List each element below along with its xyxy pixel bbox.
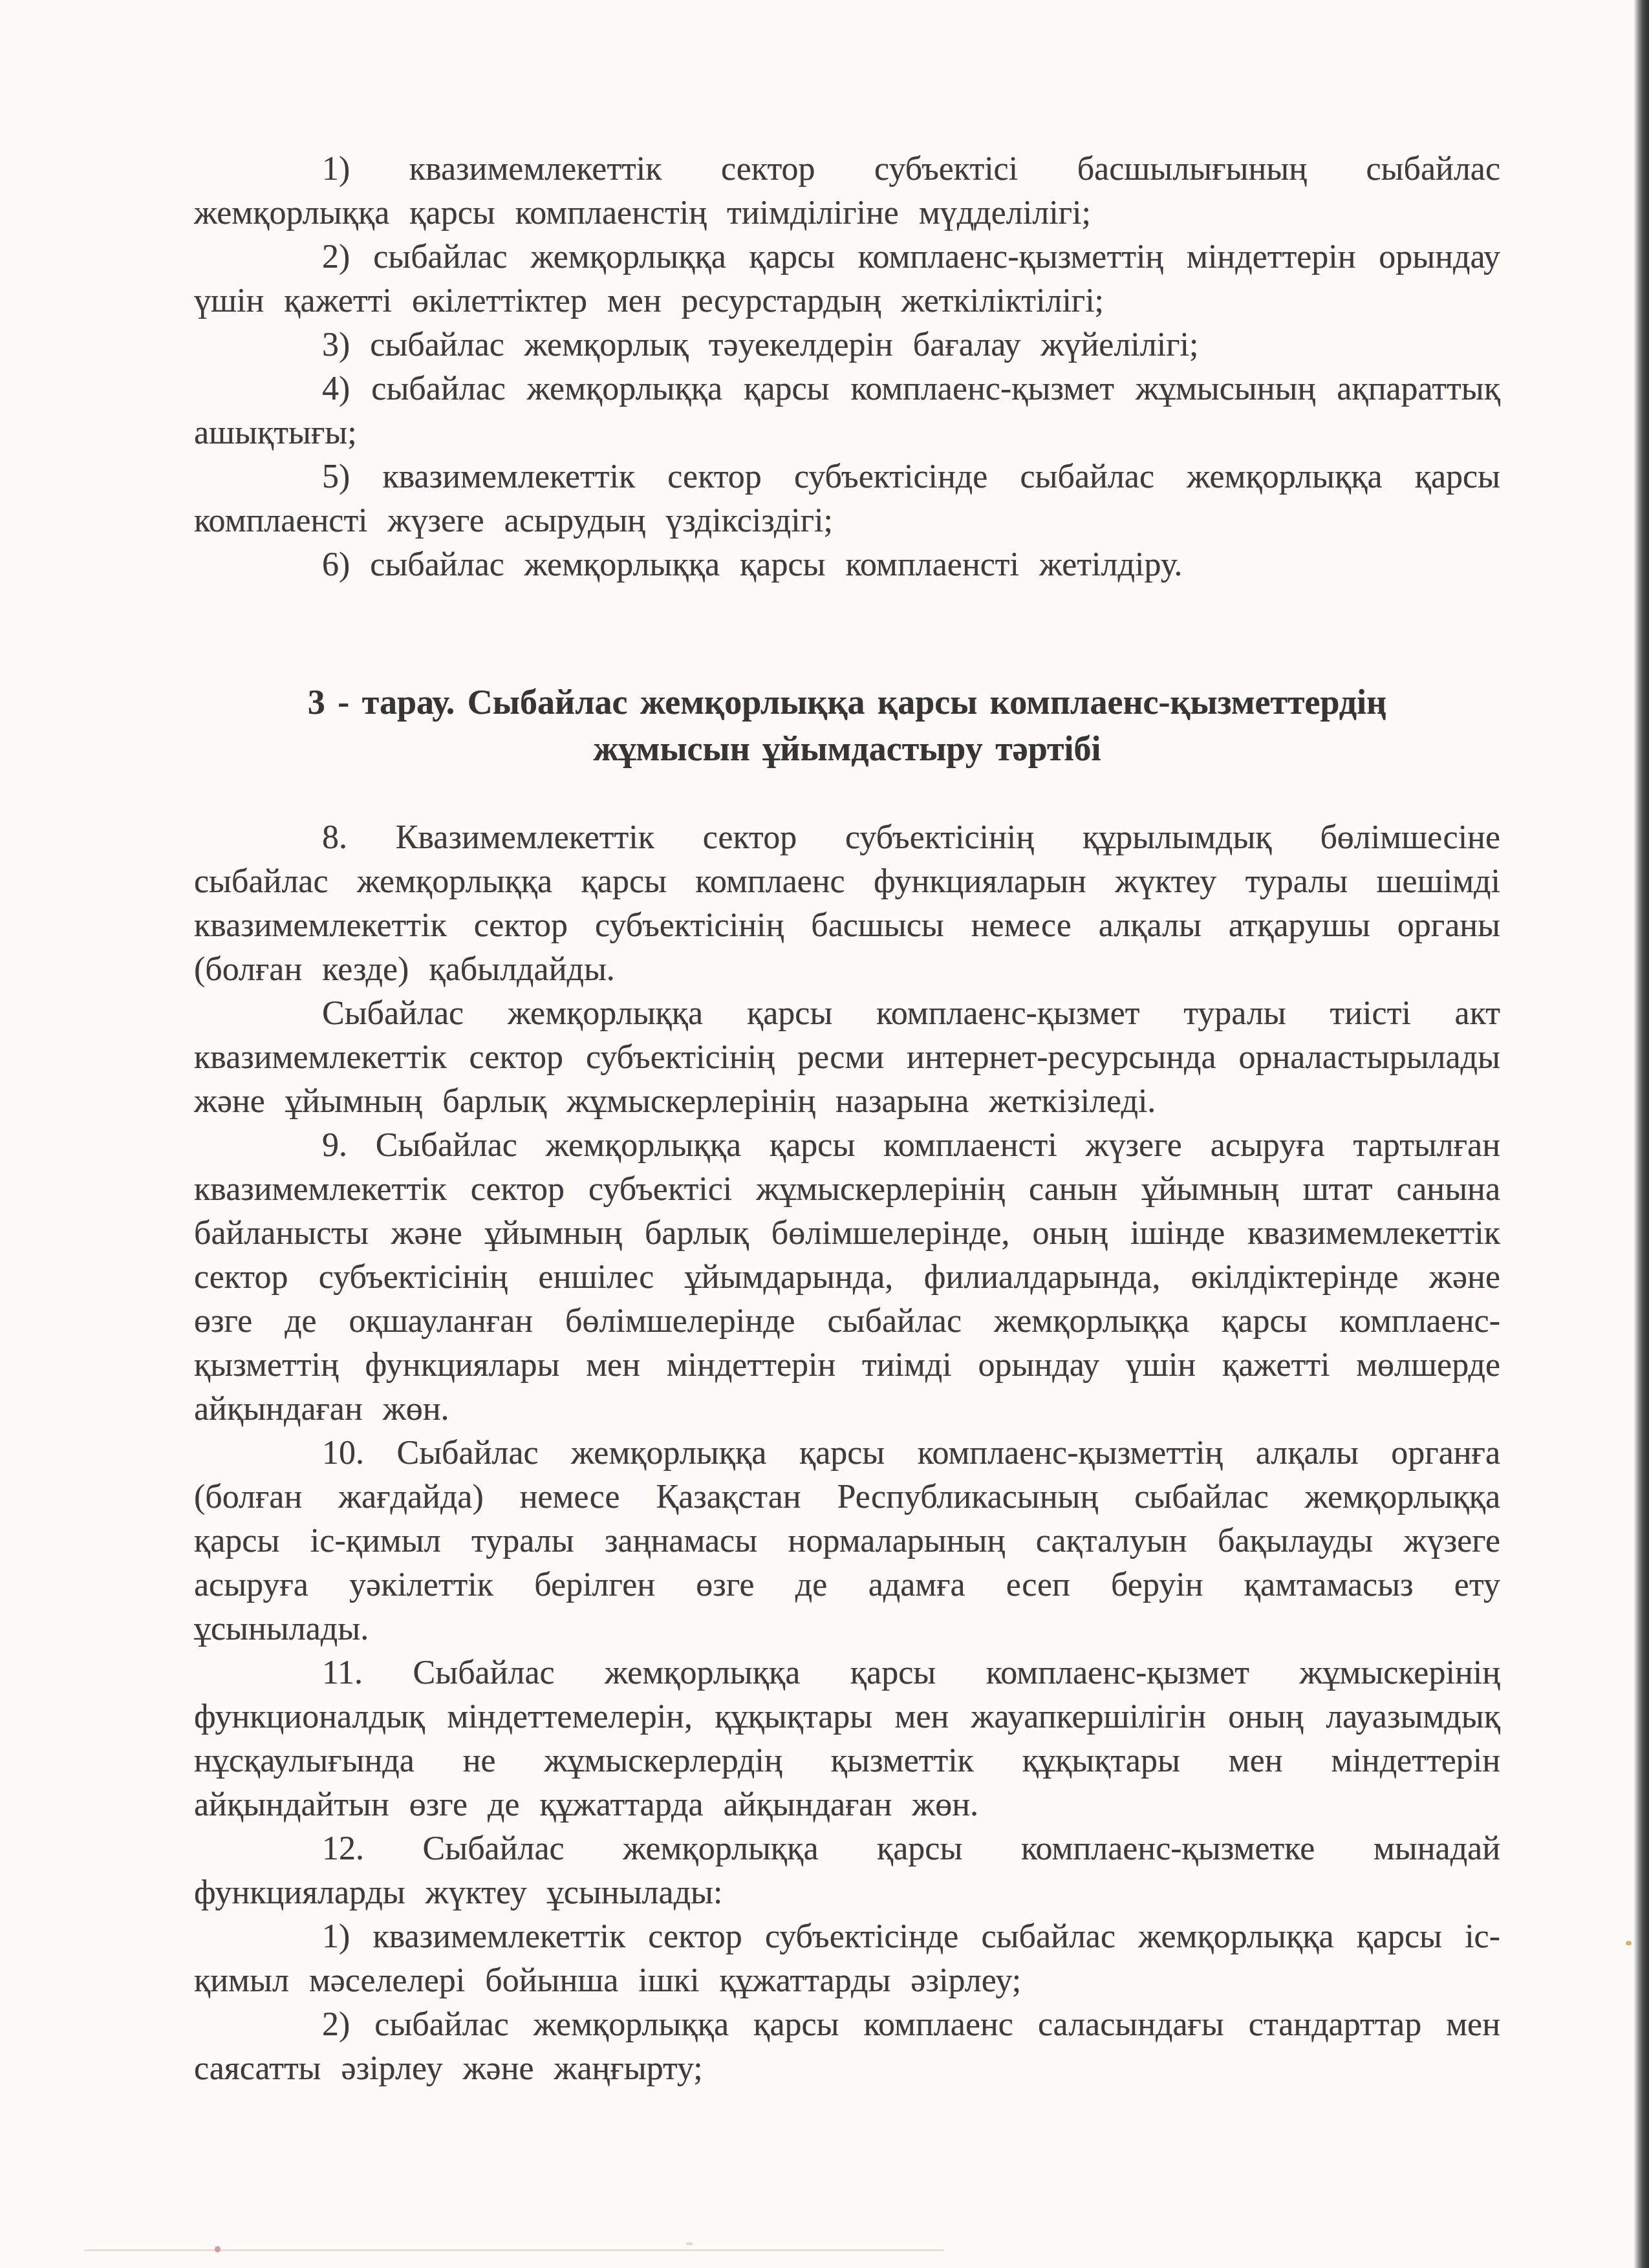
list-item: 6) сыбайлас жемқорлыққа қарсы комплаенст…	[194, 543, 1500, 587]
list-item: 2) сыбайлас жемқорлыққа қарсы комплаенс …	[194, 2003, 1500, 2091]
scan-artifact-speck	[685, 2242, 693, 2245]
list-item: 1) квазимемлекеттік сектор субъектісінде…	[194, 1915, 1500, 2003]
list-item: 5) квазимемлекеттік сектор субъектісінде…	[194, 455, 1500, 543]
paragraph: 12. Сыбайлас жемқорлыққа қарсы комплаенс…	[194, 1827, 1500, 1915]
paragraph: Сыбайлас жемқорлыққа қарсы комплаенс-қыз…	[194, 992, 1500, 1124]
paragraph: 8. Квазимемлекеттік сектор субъектісінің…	[194, 816, 1500, 992]
chapter-heading: 3 - тарау. Сыбайлас жемқорлыққа қарсы ко…	[194, 679, 1500, 772]
chapter-heading-line: жұмысын ұйымдастыру тәртібі	[194, 725, 1500, 772]
scan-artifact-line	[84, 2249, 944, 2251]
list-item: 3) сыбайлас жемқорлық тәуекелдерін бағал…	[194, 323, 1500, 367]
scan-artifact-speck	[1626, 1941, 1632, 1945]
paragraph: 9. Сыбайлас жемқорлыққа қарсы комплаенст…	[194, 1124, 1500, 1431]
list-item: 2) сыбайлас жемқорлыққа қарсы комплаенс-…	[194, 235, 1500, 323]
list-item: 1) квазимемлекеттік сектор субъектісі ба…	[194, 147, 1500, 235]
document-body: 1) квазимемлекеттік сектор субъектісі ба…	[194, 147, 1500, 2091]
scan-artifact-speck	[215, 2246, 221, 2252]
scanned-document-page: 1) квазимемлекеттік сектор субъектісі ба…	[0, 0, 1649, 2268]
list-item: 4) сыбайлас жемқорлыққа қарсы комплаенс-…	[194, 367, 1500, 455]
chapter-heading-line: 3 - тарау. Сыбайлас жемқорлыққа қарсы ко…	[194, 679, 1500, 725]
paragraph: 11. Сыбайлас жемқорлыққа қарсы комплаенс…	[194, 1651, 1500, 1827]
paragraph: 10. Сыбайлас жемқорлыққа қарсы комплаенс…	[194, 1431, 1500, 1651]
scan-edge-shadow	[1633, 0, 1649, 2268]
